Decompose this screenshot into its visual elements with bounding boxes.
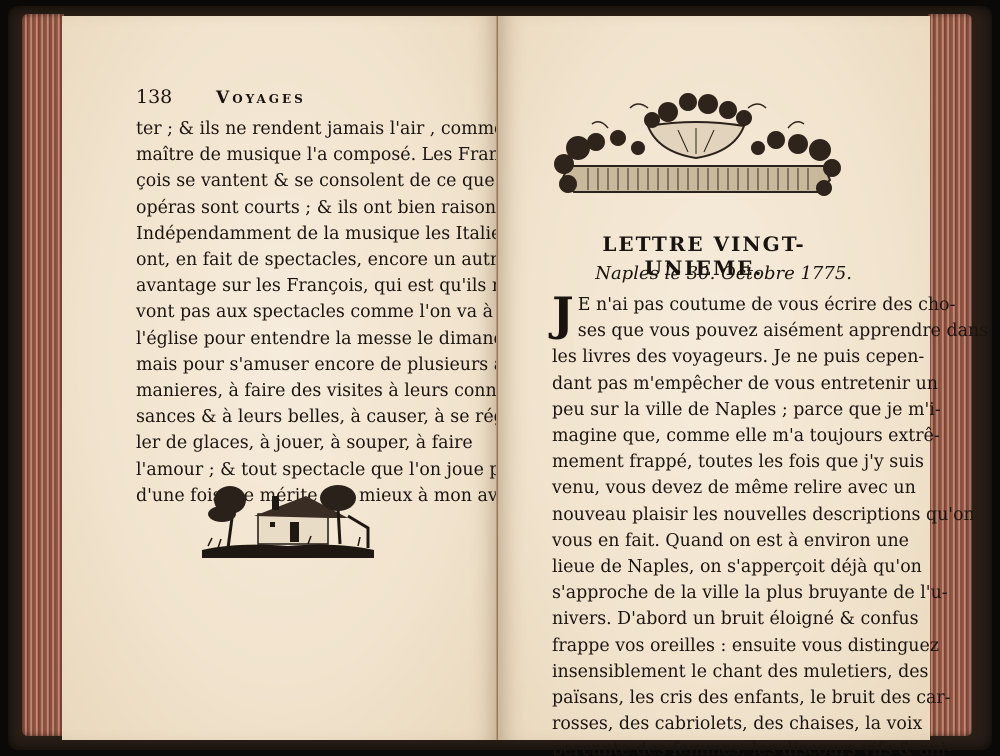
text-line: sances & à leurs belles, à causer, à se … [136, 404, 438, 430]
dateline: Naples le 30. Octobre 1775. [552, 263, 852, 284]
page-header: 138 Voyages [136, 86, 466, 108]
text-line: s'approche de la ville la plus bruyante … [552, 580, 856, 606]
text-line: maître de musique l'a composé. Les Fran- [136, 142, 438, 168]
house-vignette-icon [198, 478, 378, 562]
text-line: manieres, à faire des visites à leurs co… [136, 378, 438, 404]
text-line: mais pour s'amuser encore de plusieurs a… [136, 352, 438, 378]
text-line: ler de glaces, à jouer, à souper, à fair… [136, 430, 438, 456]
text-line: opéras sont courts ; & ils ont bien rais… [136, 195, 438, 221]
text-line: insensiblement le chant des muletiers, d… [552, 659, 856, 685]
text-line: Indépendamment de la musique les Italien… [136, 221, 438, 247]
text-line: nivers. D'abord un bruit éloigné & confu… [552, 606, 856, 632]
text-line: ont, en fait de spectacles, encore un au… [136, 247, 438, 273]
text-line: les livres des voyageurs. Je ne puis cep… [552, 344, 856, 370]
text-line: venu, vous devez de même relire avec un [552, 475, 856, 501]
text-line: ter ; & ils ne rendent jamais l'air , co… [136, 116, 438, 142]
text-line: mement frappé, toutes les fois que j'y s… [552, 449, 856, 475]
right-page-body: J E n'ai pas coutume de vous écrire des … [552, 292, 856, 756]
text-line: l'église pour entendre la messe le diman… [136, 326, 438, 352]
text-line: dant pas m'empêcher de vous entretenir u… [552, 371, 856, 397]
text-line: rosses, des cabriolets, des chaises, la … [552, 711, 856, 737]
text-line: nouveau plaisir les nouvelles descriptio… [552, 502, 856, 528]
text-line: païsans, les cris des enfants, le bruit … [552, 685, 856, 711]
text-line: vont pas aux spectacles comme l'on va à [136, 299, 438, 325]
text-line: frappe vos oreilles : ensuite vous disti… [552, 633, 856, 659]
text-line: magine que, comme elle m'a toujours extr… [552, 423, 856, 449]
text-line: vous en fait. Quand on est à environ une [552, 528, 856, 554]
drop-cap: J [552, 294, 574, 334]
text-line: ses que vous pouvez aisément apprendre d… [552, 318, 856, 344]
text-line: lieue de Naples, on s'apperçoit déjà qu'… [552, 554, 856, 580]
right-page: LETTRE VINGT-UNIEME. Naples le 30. Octob… [498, 16, 930, 740]
running-title: Voyages [216, 88, 306, 108]
flower-urn-headpiece-icon [548, 88, 844, 206]
left-page-edges [22, 14, 64, 736]
page-number: 138 [136, 86, 216, 108]
text-line: perçante des femmes, les discours vifs &… [552, 737, 856, 756]
left-page-body: ter ; & ils ne rendent jamais l'air , co… [136, 116, 438, 509]
left-page: 138 Voyages ter ; & ils ne rendent jamai… [62, 16, 498, 740]
text-line: çois se vantent & se consolent de ce que… [136, 168, 438, 194]
text-line: peu sur la ville de Naples ; parce que j… [552, 397, 856, 423]
text-line: E n'ai pas coutume de vous écrire des ch… [552, 292, 856, 318]
text-line: avantage sur les François, qui est qu'il… [136, 273, 438, 299]
